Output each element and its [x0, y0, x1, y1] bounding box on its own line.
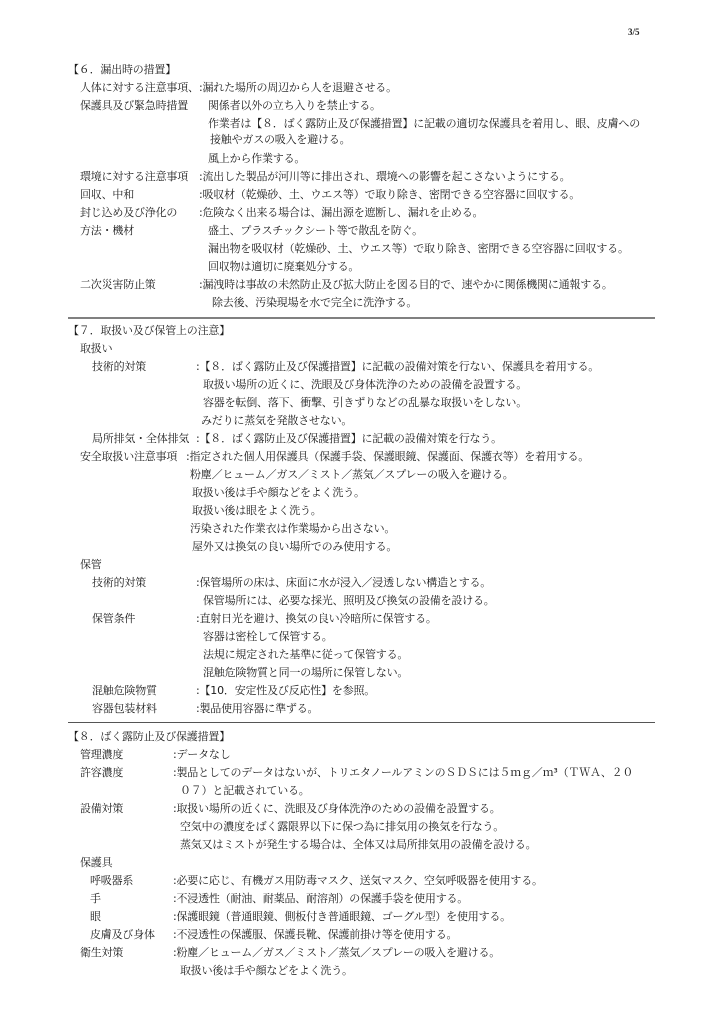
handling-heading: 取扱い [80, 342, 112, 356]
s6-value: 関係者以外の立ち入りを禁止する。 [208, 99, 381, 113]
section-divider [68, 317, 655, 319]
s8-value: :保護眼鏡（普通眼鏡、側板付き普通眼鏡、ゴーグル型）を使用する。 [173, 910, 511, 924]
s7-label: 技術的対策 [92, 576, 146, 590]
s7-value: 法規に規定された基準に従って保管する。 [203, 648, 408, 662]
s8-label: 許容濃度 [80, 766, 123, 780]
s7-value: 粉塵／ヒューム／ガス／ミスト／蒸気／スプレーの吸入を避ける。 [190, 468, 514, 482]
s7-value: 汚染された作業衣は作業場から出さない。 [190, 522, 395, 536]
s6-value: 盛土、プラスチックシート等で散乱を防ぐ。 [208, 224, 423, 238]
s6-value: :流出した製品が河川等に排出され、環境への影響を起こさないようにする。 [199, 170, 570, 184]
storage-heading: 保管 [80, 558, 102, 572]
section-7-title: 【７．取扱い及び保管上の注意】 [68, 324, 230, 338]
page-number: 3/5 [628, 27, 640, 37]
s6-value: :漏洩時は事故の未然防止及び拡大防止を図る目的で、速やかに関係機関に通報する。 [199, 278, 613, 292]
s6-label: 二次災害防止策 [80, 278, 156, 292]
s7-value: :【８．ばく露防止及び保護措置】に記載の設備対策を行なう。 [196, 432, 502, 446]
s6-value: 回収物は適切に廃棄処分する。 [208, 260, 359, 274]
s7-value: 容器は密栓して保管する。 [203, 630, 333, 644]
s7-value: 取扱い後は眼をよく洗う。 [192, 504, 322, 518]
s8-label: 眼 [90, 910, 101, 924]
s8-label: 皮膚及び身体 [90, 928, 155, 942]
s7-value: みだりに蒸気を発散させない。 [201, 414, 352, 428]
s7-value: :【８．ばく露防止及び保護措置】に記載の設備対策を行ない、保護具を着用する。 [196, 360, 599, 374]
s8-value: :製品としてのデータはないが、トリエタノールアミンのＳＤＳには５ｍｇ／ｍ³（ＴＷ… [173, 766, 633, 780]
s6-value: 漏出物を吸収材（乾燥砂、土、ウエス等）で取り除き、密閉できる空容器に回収する。 [208, 242, 629, 256]
s8-value: 空気中の濃度をばく露限界以下に保つ為に排気用の換気を行なう。 [180, 820, 504, 834]
s7-value: :【10．安定性及び反応性】を参照。 [196, 684, 375, 698]
s6-value: 接触やガスの吸入を避ける。 [210, 133, 350, 147]
s8-label: 設備対策 [80, 802, 123, 816]
s7-value: :保管場所の床は、床面に水が浸入／浸透しない構造とする。 [196, 576, 491, 590]
protective-heading: 保護具 [80, 856, 112, 870]
s7-label: 技術的対策 [92, 360, 146, 374]
s6-value: :漏れた場所の周辺から人を退避させる。 [199, 81, 397, 95]
s6-label: 保護具及び緊急時措置 [80, 99, 188, 113]
s8-label: 手 [90, 892, 101, 906]
s7-value: 屋外又は換気の良い場所でのみ使用する。 [192, 540, 397, 554]
s6-value: :危険なく出来る場合は、漏出源を遮断し、漏れを止める。 [199, 206, 483, 220]
s8-value: :取扱い場所の近くに、洗眼及び身体洗浄のための設備を設置する。 [173, 802, 501, 816]
s7-label: 保管条件 [92, 612, 135, 626]
s6-label: 回収、中和 [80, 188, 134, 202]
s7-label: 安全取扱い注意事項 [80, 450, 177, 464]
s8-value: ０７）と記載されている。 [180, 784, 310, 798]
s6-label: 環境に対する注意事項 [80, 170, 188, 184]
s7-value: :製品使用容器に準ずる。 [196, 702, 318, 716]
s7-value: :指定された個人用保護具（保護手袋、保護眼鏡、保護面、保護衣等）を着用する。 [186, 450, 589, 464]
s6-label: 封じ込め及び浄化の [80, 206, 177, 220]
s7-value: 取扱い場所の近くに、洗眼及び身体洗浄のための設備を設置する。 [203, 378, 527, 392]
section-8-title: 【８．ばく露防止及び保護措置】 [68, 730, 230, 744]
s7-value: :直射日光を避け、換気の良い冷暗所に保管する。 [196, 612, 437, 626]
section-divider [68, 722, 655, 723]
section-6-title: 【６．漏出時の措置】 [68, 63, 176, 77]
s8-value: :データなし [173, 748, 231, 762]
s8-value: :不浸透性（耐油、耐薬品、耐溶剤）の保護手袋を使用する。 [173, 892, 468, 906]
s6-value: 除去後、汚染現場を水で完全に洗浄する。 [212, 296, 417, 310]
s7-label: 局所排気・全体排気 [92, 432, 189, 446]
s8-value: :不浸透性の保護服、保護長靴、保護前掛け等を使用する。 [173, 928, 457, 942]
s6-value: 作業者は【８．ばく露防止及び保護措置】に記載の適切な保護具を着用し、眼、皮膚への [208, 117, 640, 131]
s7-label: 容器包装材料 [92, 702, 157, 716]
s6-value: :吸収材（乾燥砂、土、ウエス等）で取り除き、密閉できる空容器に回収する。 [199, 188, 580, 202]
s8-value: 取扱い後は手や顔などをよく洗う。 [180, 964, 353, 978]
s8-value: 蒸気又はミストが発生する場合は、全体又は局所排気用の設備を設ける。 [180, 838, 536, 852]
s6-label: 人体に対する注意事項、 [80, 81, 199, 95]
s8-value: :粉塵／ヒューム／ガス／ミスト／蒸気／スプレーの吸入を避ける。 [173, 946, 500, 960]
s7-value: 容器を転倒、落下、衝撃、引きずりなどの乱暴な取扱いをしない。 [203, 396, 527, 410]
s8-label: 管理濃度 [80, 748, 123, 762]
s8-label: 衛生対策 [80, 946, 123, 960]
s7-value: 取扱い後は手や顔などをよく洗う。 [192, 486, 365, 500]
s8-value: :必要に応じ、有機ガス用防毒マスク、送気マスク、空気呼吸器を使用する。 [173, 874, 543, 888]
s7-value: 混触危険物質と同一の場所に保管しない。 [203, 666, 408, 680]
s7-value: 保管場所には、必要な採光、照明及び換気の設備を設ける。 [203, 594, 495, 608]
s8-label: 呼吸器系 [90, 874, 133, 888]
s6-value: 風上から作業する。 [208, 152, 305, 166]
s7-label: 混触危険物質 [92, 684, 157, 698]
s6-label: 方法・機材 [80, 224, 134, 238]
